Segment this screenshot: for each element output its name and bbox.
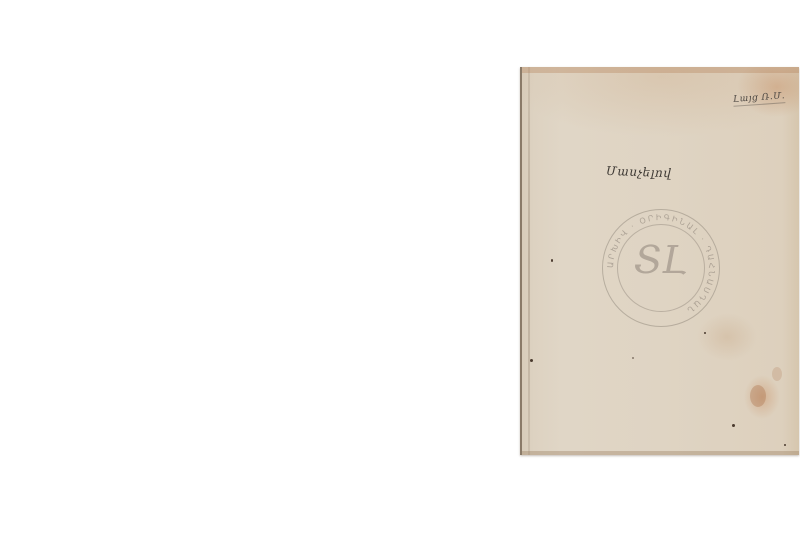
stamp-monogram: ՏԼ (603, 238, 719, 282)
corner-handwritten-note: Լայց Ռ.Մ. (733, 91, 786, 105)
stain (772, 367, 782, 381)
speck (632, 357, 634, 359)
speck (551, 259, 553, 262)
speck (784, 444, 786, 446)
speck (530, 359, 533, 362)
document-cover: Լայց Ռ.Մ. Մասչելով ԱՐԽԻՎ · ՕՐԻԳԻՆԱԼ · ԴԱ… (520, 67, 799, 455)
stain (750, 385, 766, 407)
archive-stamp: ԱՐԽԻՎ · ՕՐԻԳԻՆԱԼ · ԴԱՀՆԱՍԴԱՆ ՏԼ (602, 209, 720, 327)
worn-top-edge (522, 67, 799, 73)
handwritten-title: Մասչելով (606, 164, 672, 180)
worn-bottom-edge (522, 451, 799, 455)
speck (732, 424, 735, 427)
speck (704, 332, 706, 334)
